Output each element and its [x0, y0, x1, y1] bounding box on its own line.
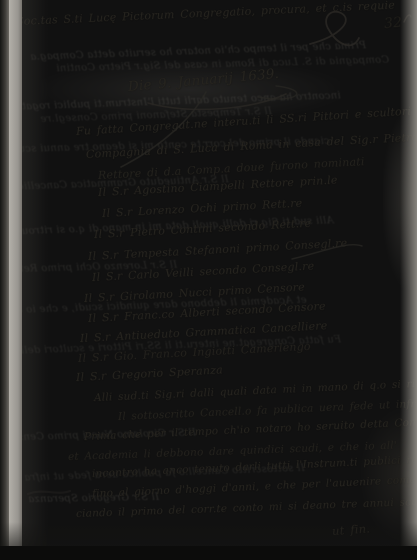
binding-edge [0, 0, 9, 560]
photo-edge-band [0, 546, 417, 560]
signoff: ut fin. [332, 521, 371, 538]
right-page-edge [400, 0, 417, 560]
gutter-shadow [22, 0, 48, 560]
manuscript-page: Prima che per il tempo ch'io notaro ho s… [0, 0, 417, 560]
header-inscription: Soc.tas S.ti Lucę Pictorum Congregatio, … [16, 0, 396, 28]
attendee-line: Il S.r Gregorio Speranza [76, 363, 223, 384]
previous-page-edge [9, 0, 22, 560]
